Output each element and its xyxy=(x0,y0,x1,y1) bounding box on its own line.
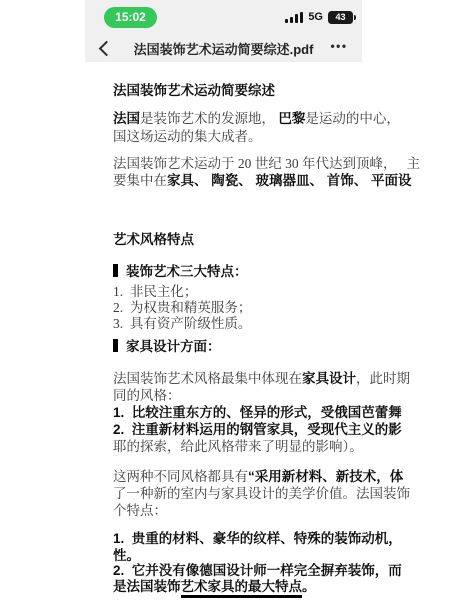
doc-text-segment: 性。 xyxy=(113,548,140,563)
doc-text-segment: 1. 贵重的材料、豪华的纹样、特殊的装饰动机， xyxy=(113,531,402,546)
doc-text-segment: “采用新材料、新技术，体 xyxy=(248,469,403,484)
doc-text-segment: 法国 xyxy=(113,111,140,126)
doc-line: 耶的探索，给此风格带来了明显的影响）。 xyxy=(113,438,363,455)
network-type-label: 5G xyxy=(308,11,323,23)
more-menu-button[interactable]: ••• xyxy=(328,37,350,55)
doc-text-segment: 。 xyxy=(302,579,316,594)
doc-text-segment: 3. 具有资产阶级性质。 xyxy=(113,316,251,331)
doc-line: 3. 具有资产阶级性质。 xyxy=(113,315,251,332)
doc-text-segment: 家具设计方面： xyxy=(126,339,221,354)
doc-text-segment: ，此时期 xyxy=(356,371,410,386)
doc-text-segment: 艺术家具的最大特点 xyxy=(181,579,303,598)
doc-line: 是法国装饰艺术家具的最大特点。 xyxy=(113,578,316,595)
doc-text-segment: 是装饰艺术的发源地， xyxy=(140,111,278,126)
call-status-time-pill[interactable]: 15:02 xyxy=(104,7,157,28)
doc-text-segment: 家具设计 xyxy=(302,371,356,386)
doc-line: 装饰艺术三大特点： xyxy=(113,263,248,280)
doc-line: 2. 注重新材料运用的钢管家具，受现代主义的影 xyxy=(113,421,402,438)
doc-text-segment: 1. 非民主化； xyxy=(113,284,197,299)
doc-line: 家具设计方面： xyxy=(113,338,221,355)
doc-text-segment: 2. 它并没有像德国设计师一样完全摒弃装饰，而 xyxy=(113,563,402,578)
doc-text-segment: 个特点： xyxy=(113,503,167,518)
doc-line: 国这场运动的集大成者。 xyxy=(113,128,262,145)
status-bar: 15:02 5G 43 xyxy=(85,5,362,29)
doc-line: 法国装饰艺术运动简要综述 xyxy=(113,82,275,99)
doc-line: 法国是装饰艺术的发源地， 巴黎是运动的中心， xyxy=(113,110,400,127)
doc-text-segment: 2. 注重新材料运用的钢管家具，受现代主义的影 xyxy=(113,422,402,437)
doc-line: 法国装饰艺术风格最集中体现在家具设计，此时期 xyxy=(113,370,410,387)
doc-text-segment: 艺术风格特点 xyxy=(113,232,194,247)
phone-header: 15:02 5G 43 法国装饰艺术运动简要综述.pdf ••• xyxy=(85,0,362,62)
section-bar-icon xyxy=(113,339,118,352)
doc-line: 1. 非民主化； xyxy=(113,283,197,300)
doc-line: 同的风格： xyxy=(113,387,181,404)
nav-bar: 法国装饰艺术运动简要综述.pdf ••• xyxy=(85,36,362,60)
doc-text-segment: 要集中在 xyxy=(113,173,167,188)
doc-line: 个特点： xyxy=(113,502,167,519)
doc-line: 这两种不同风格都具有“采用新材料、新技术，体 xyxy=(113,468,403,485)
doc-text-segment: 同的风格： xyxy=(113,388,181,403)
doc-text-segment: 2. 为权贵和精英服务； xyxy=(113,300,251,315)
section-bar-icon xyxy=(113,264,118,277)
doc-text-segment: 是运动的中心， xyxy=(305,111,400,126)
doc-text-segment: 是法国装饰 xyxy=(113,579,181,594)
doc-line: 1. 贵重的材料、豪华的纹样、特殊的装饰动机， xyxy=(113,530,402,547)
doc-text-segment: 法国装饰艺术运动于 20 世纪 30 年代达到顶峰， 主 xyxy=(113,156,420,171)
doc-text-segment: 巴黎 xyxy=(278,111,305,126)
doc-line: 艺术风格特点 xyxy=(113,231,194,248)
signal-bars-icon xyxy=(285,12,303,23)
doc-text-segment: 这两种不同风格都具有 xyxy=(113,469,248,484)
doc-line: 2. 为权贵和精英服务； xyxy=(113,299,251,316)
battery-icon: 43 xyxy=(328,11,353,24)
pdf-content[interactable]: 法国装饰艺术运动简要综述法国是装饰艺术的发源地， 巴黎是运动的中心，国这场运动的… xyxy=(0,0,449,600)
doc-line: 要集中在家具、 陶瓷、 玻璃器皿、 首饰、 平面设 xyxy=(113,172,412,189)
doc-line: 了一种新的室内与家具设计的美学价值。法国装饰 xyxy=(113,485,410,502)
doc-text-segment: 1. 比较注重东方的、怪异的形式，受俄国芭蕾舞 xyxy=(113,405,402,420)
doc-line: 2. 它并没有像德国设计师一样完全摒弃装饰，而 xyxy=(113,562,402,579)
doc-text-segment: 耶的探索，给此风格带来了明显的影响）。 xyxy=(113,439,363,454)
doc-text-segment: 国这场运动的集大成者。 xyxy=(113,129,262,144)
doc-line: 法国装饰艺术运动于 20 世纪 30 年代达到顶峰， 主 xyxy=(113,155,420,172)
doc-line: 1. 比较注重东方的、怪异的形式，受俄国芭蕾舞 xyxy=(113,404,402,421)
doc-text-segment: 了一种新的室内与家具设计的美学价值。法国装饰 xyxy=(113,486,410,501)
doc-text-segment: 法国装饰艺术风格最集中体现在 xyxy=(113,371,302,386)
doc-text-segment: 装饰艺术三大特点： xyxy=(126,264,248,279)
doc-text-segment: 法国装饰艺术运动简要综述 xyxy=(113,83,275,98)
doc-text-segment: 家具、 陶瓷、 玻璃器皿、 首饰、 平面设 xyxy=(167,173,412,188)
document-title: 法国装饰艺术运动简要综述.pdf xyxy=(85,39,362,58)
status-icons: 5G 43 xyxy=(285,9,356,25)
